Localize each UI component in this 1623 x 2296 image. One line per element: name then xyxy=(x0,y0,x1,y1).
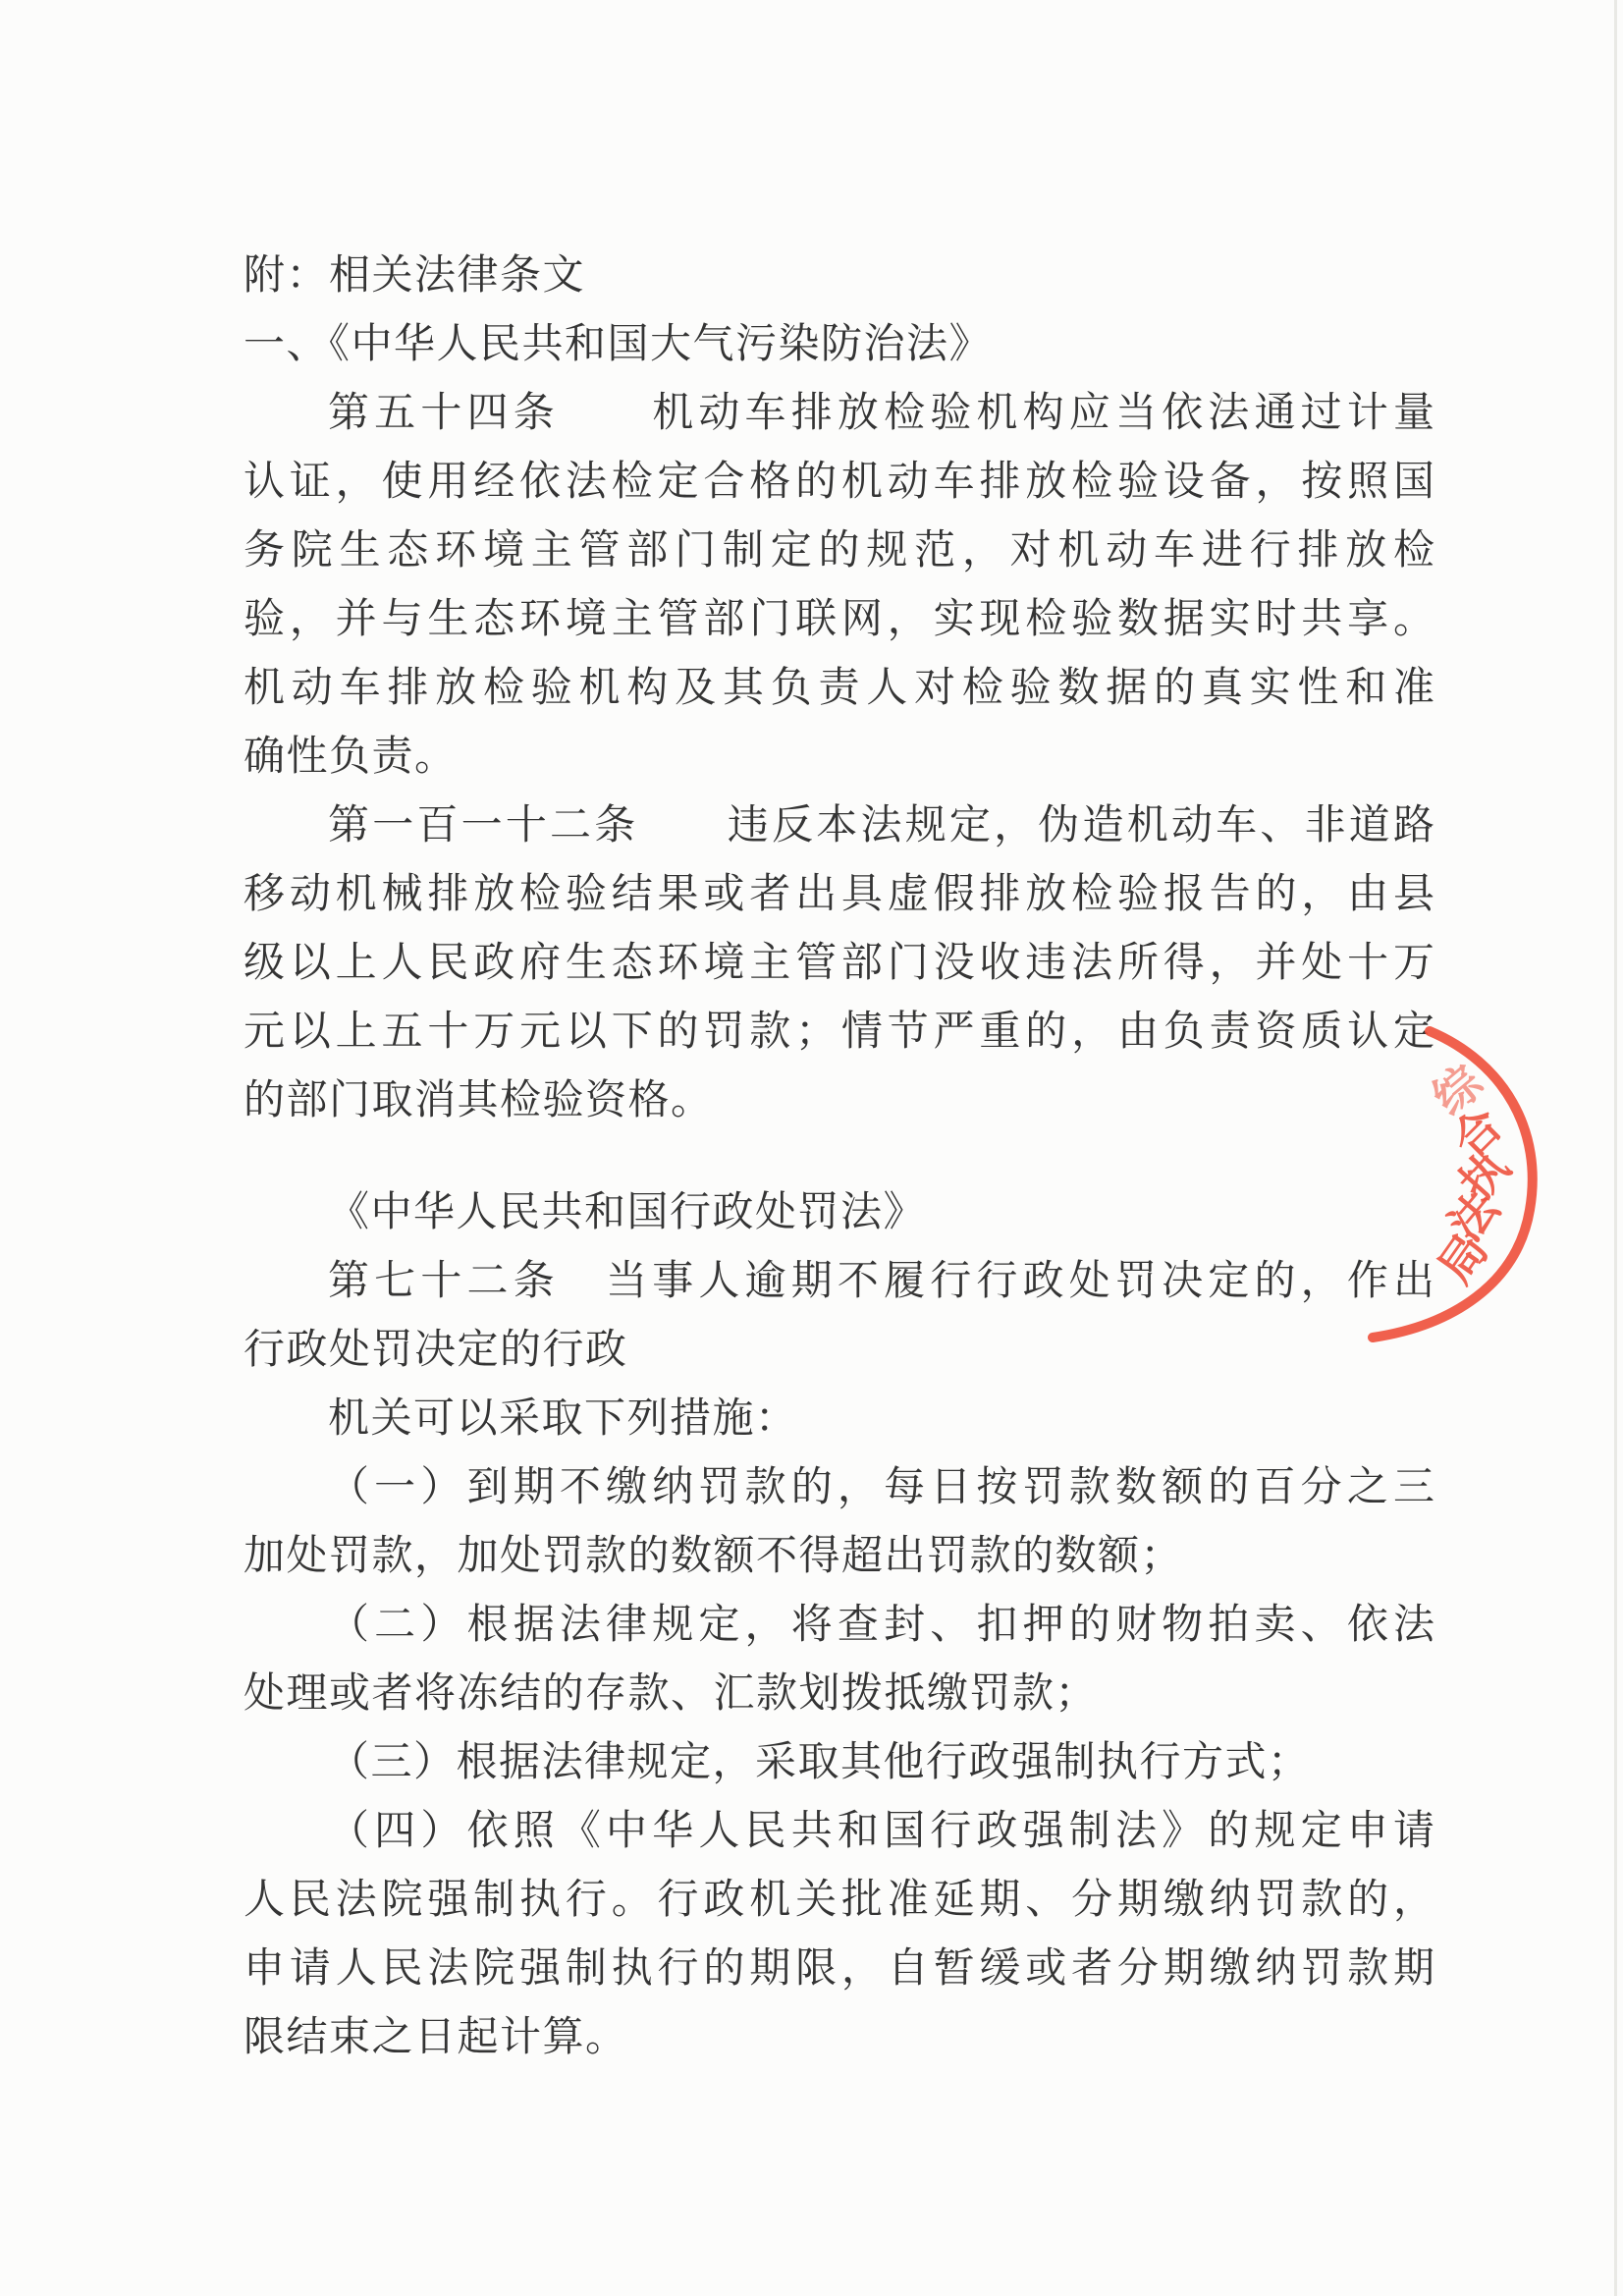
stamp-character: 执 xyxy=(1442,1134,1522,1213)
text-line: 申请人民法院强制执行的期限，自暂缓或者分期缴纳罚款期 xyxy=(243,1935,1435,2003)
text-line: （一）到期不缴纳罚款的，每日按罚款数额的百分之三 xyxy=(243,1453,1435,1522)
text-line: 机动车排放检验机构及其负责人对检验数据的真实性和准 xyxy=(243,654,1435,723)
text-line: 的部门取消其检验资格。 xyxy=(243,1066,1435,1135)
text-line: 处理或者将冻结的存款、汇款划拨抵缴罚款； xyxy=(243,1660,1435,1728)
stamp-character: 法 xyxy=(1432,1175,1512,1253)
text-line: 附：相关法律条文 xyxy=(243,242,1435,310)
text-line: （三）根据法律规定，采取其他行政强制执行方式； xyxy=(243,1728,1435,1797)
text-line: 第五十四条 机动车排放检验机构应当依法通过计量 xyxy=(243,379,1435,448)
text-line: 确性负责。 xyxy=(243,723,1435,792)
text-line: 认证，使用经依法检定合格的机动车排放检验设备，按照国 xyxy=(243,448,1435,517)
stamp-character: 合 xyxy=(1435,1091,1515,1171)
text-line: 加处罚款，加处罚款的数额不得超出罚款的数额； xyxy=(243,1522,1435,1591)
scan-edge-line xyxy=(1614,0,1617,2296)
text-line: 机关可以采取下列措施： xyxy=(243,1385,1435,1453)
legal-text-block: 附：相关法律条文一、《中华人民共和国大气污染防治法》第五十四条 机动车排放检验机… xyxy=(243,242,1435,2072)
text-line: 《中华人民共和国行政处罚法》 xyxy=(243,1178,1435,1247)
text-line: 行政处罚决定的行政 xyxy=(243,1316,1435,1385)
text-line: 元以上五十万元以下的罚款；情节严重的，由负责资质认定 xyxy=(243,998,1435,1066)
text-line: 级以上人民政府生态环境主管部门没收违法所得，并处十万 xyxy=(243,929,1435,998)
document-page: 附：相关法律条文一、《中华人民共和国大气污染防治法》第五十四条 机动车排放检验机… xyxy=(0,0,1623,2296)
text-line: 一、《中华人民共和国大气污染防治法》 xyxy=(243,310,1435,379)
text-line: 第七十二条 当事人逾期不履行行政处罚决定的，作出 xyxy=(243,1247,1435,1316)
text-line: 移动机械排放检验结果或者出具虚假排放检验报告的，由县 xyxy=(243,860,1435,929)
text-line: 验，并与生态环境主管部门联网，实现检验数据实时共享。 xyxy=(243,585,1435,654)
text-line: （四）依照《中华人民共和国行政强制法》的规定申请 xyxy=(243,1797,1435,1866)
text-line: （二）根据法律规定，将查封、扣押的财物拍卖、依法 xyxy=(243,1591,1435,1660)
text-line: 人民法院强制执行。行政机关批准延期、分期缴纳罚款的， xyxy=(243,1866,1435,1935)
text-line: 务院生态环境主管部门制定的规范，对机动车进行排放检 xyxy=(243,517,1435,585)
text-line: 限结束之日起计算。 xyxy=(243,2003,1435,2072)
text-line: 第一百一十二条 违反本法规定，伪造机动车、非道路 xyxy=(243,792,1435,860)
